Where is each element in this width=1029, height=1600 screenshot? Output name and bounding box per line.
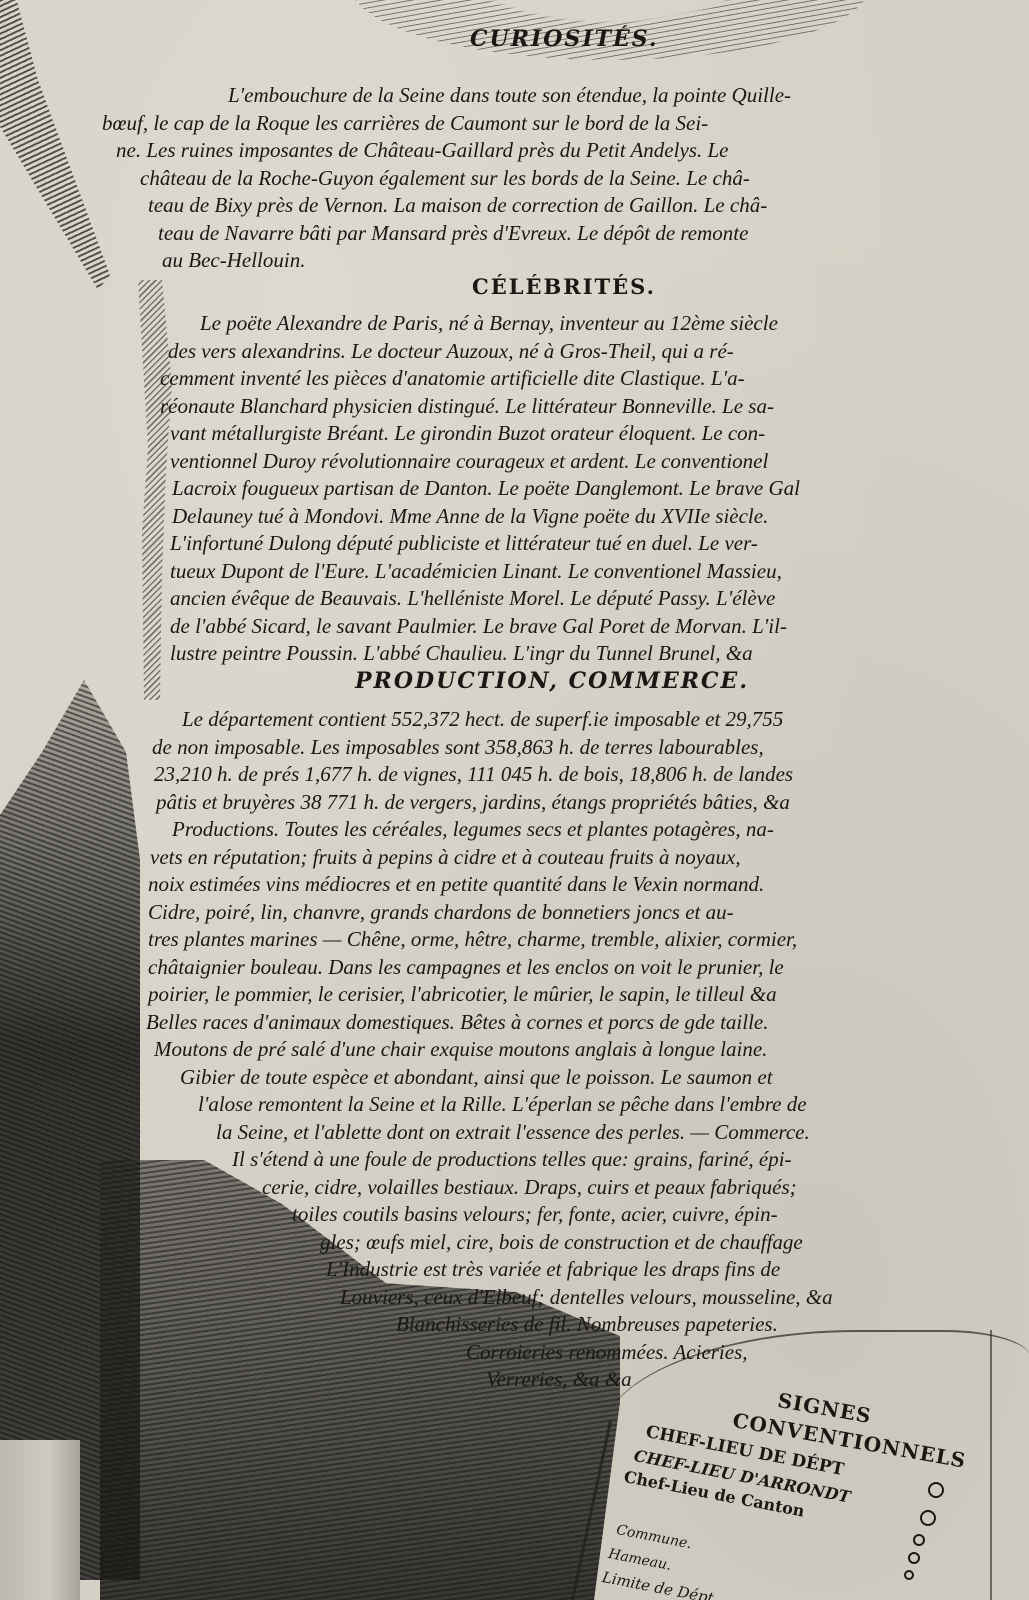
engraved-pillar [0, 1440, 80, 1600]
text-line: la Seine, et l'ablette dont on extrait l… [216, 1119, 833, 1147]
hameau-symbol-icon [904, 1570, 914, 1580]
text-line: au Bec-Hellouin. [162, 247, 791, 275]
text-line: cemment inventé les pièces d'anatomie ar… [160, 365, 800, 393]
text-line: Belles races d'animaux domestiques. Bête… [146, 1009, 833, 1037]
text-line: réonaute Blanchard physicien distingué. … [160, 393, 800, 421]
text-line: lustre peintre Poussin. L'abbé Chaulieu.… [170, 640, 800, 668]
text-line: teau de Navarre bâti par Mansard près d'… [158, 220, 791, 248]
text-line: teau de Bixy près de Vernon. La maison d… [148, 192, 791, 220]
text-line: pâtis et bruyères 38 771 h. de vergers, … [156, 789, 833, 817]
text-line: 23,210 h. de prés 1,677 h. de vignes, 11… [154, 761, 833, 789]
production-paragraph: Le département contient 552,372 hect. de… [172, 706, 833, 1394]
text-line: château de la Roche-Guyon également sur … [140, 165, 791, 193]
text-line: châtaignier bouleau. Dans les campagnes … [148, 954, 833, 982]
text-line: tueux Dupont de l'Eure. L'académicien Li… [170, 558, 800, 586]
engraved-drapery [0, 0, 110, 290]
text-line: vant métallurgiste Bréant. Le girondin B… [170, 420, 800, 448]
text-line: gles; œufs miel, cire, bois de construct… [320, 1229, 833, 1257]
text-line: Moutons de pré salé d'une chair exquise … [154, 1036, 833, 1064]
chef-lieu-arrond-symbol-icon [920, 1510, 936, 1526]
text-line: cerie, cidre, volailles bestiaux. Draps,… [262, 1174, 833, 1202]
text-line: Le poëte Alexandre de Paris, né à Bernay… [190, 310, 800, 338]
commune-symbol-icon [908, 1552, 920, 1564]
text-line: vets en réputation; fruits à pepins à ci… [150, 844, 833, 872]
text-line: ne. Les ruines imposantes de Château-Gai… [116, 137, 791, 165]
section-title-production-commerce: PRODUCTION, COMMERCE. [355, 668, 749, 694]
text-line: de non imposable. Les imposables sont 35… [152, 734, 833, 762]
text-line: ventionnel Duroy révolutionnaire courage… [170, 448, 800, 476]
text-line: Lacroix fougueux partisan de Danton. Le … [172, 475, 800, 503]
text-line: L'infortuné Dulong député publiciste et … [170, 530, 800, 558]
text-line: bœuf, le cap de la Roque les carrières d… [102, 110, 791, 138]
text-line: l'alose remontent la Seine et la Rille. … [198, 1091, 833, 1119]
celebrites-paragraph: Le poëte Alexandre de Paris, né à Bernay… [190, 310, 800, 668]
text-line: toiles coutils basins velours; fer, font… [292, 1201, 833, 1229]
text-line: Corroieries renommées. Acieries, [466, 1339, 833, 1367]
text-line: de l'abbé Sicard, le savant Paulmier. Le… [170, 613, 800, 641]
text-line: L'Industrie est très variée et fabrique … [326, 1256, 833, 1284]
section-title-celebrites: CÉLÉBRITÉS. [472, 274, 656, 299]
text-line: Blanchisseries de fil. Nombreuses papete… [396, 1311, 833, 1339]
text-line: poirier, le pommier, le cerisier, l'abri… [148, 981, 833, 1009]
text-line: des vers alexandrins. Le docteur Auzoux,… [168, 338, 800, 366]
text-line: Delauney tué à Mondovi. Mme Anne de la V… [172, 503, 800, 531]
text-line: Cidre, poiré, lin, chanvre, grands chard… [148, 899, 833, 927]
text-line: tres plantes marines — Chêne, orme, hêtr… [148, 926, 833, 954]
text-line: Gibier de toute espèce et abondant, ains… [180, 1064, 833, 1092]
text-line: ancien évêque de Beauvais. L'helléniste … [170, 585, 800, 613]
text-line: Le département contient 552,372 hect. de… [172, 706, 833, 734]
curiosites-paragraph: L'embouchure de la Seine dans toute son … [228, 82, 791, 275]
chef-lieu-dept-symbol-icon [928, 1482, 944, 1498]
chef-lieu-canton-symbol-icon [913, 1534, 925, 1546]
section-title-curiosites: CURIOSITÉS. [470, 26, 659, 52]
text-line: L'embouchure de la Seine dans toute son … [228, 82, 791, 110]
text-line: Il s'étend à une foule de productions te… [232, 1146, 833, 1174]
text-line: noix estimées vins médiocres et en petit… [148, 871, 833, 899]
legend-frame-right [990, 1330, 1022, 1600]
text-line: Louviers, ceux d'Elbeuf; dentelles velou… [340, 1284, 833, 1312]
text-line: Productions. Toutes les céréales, legume… [172, 816, 833, 844]
